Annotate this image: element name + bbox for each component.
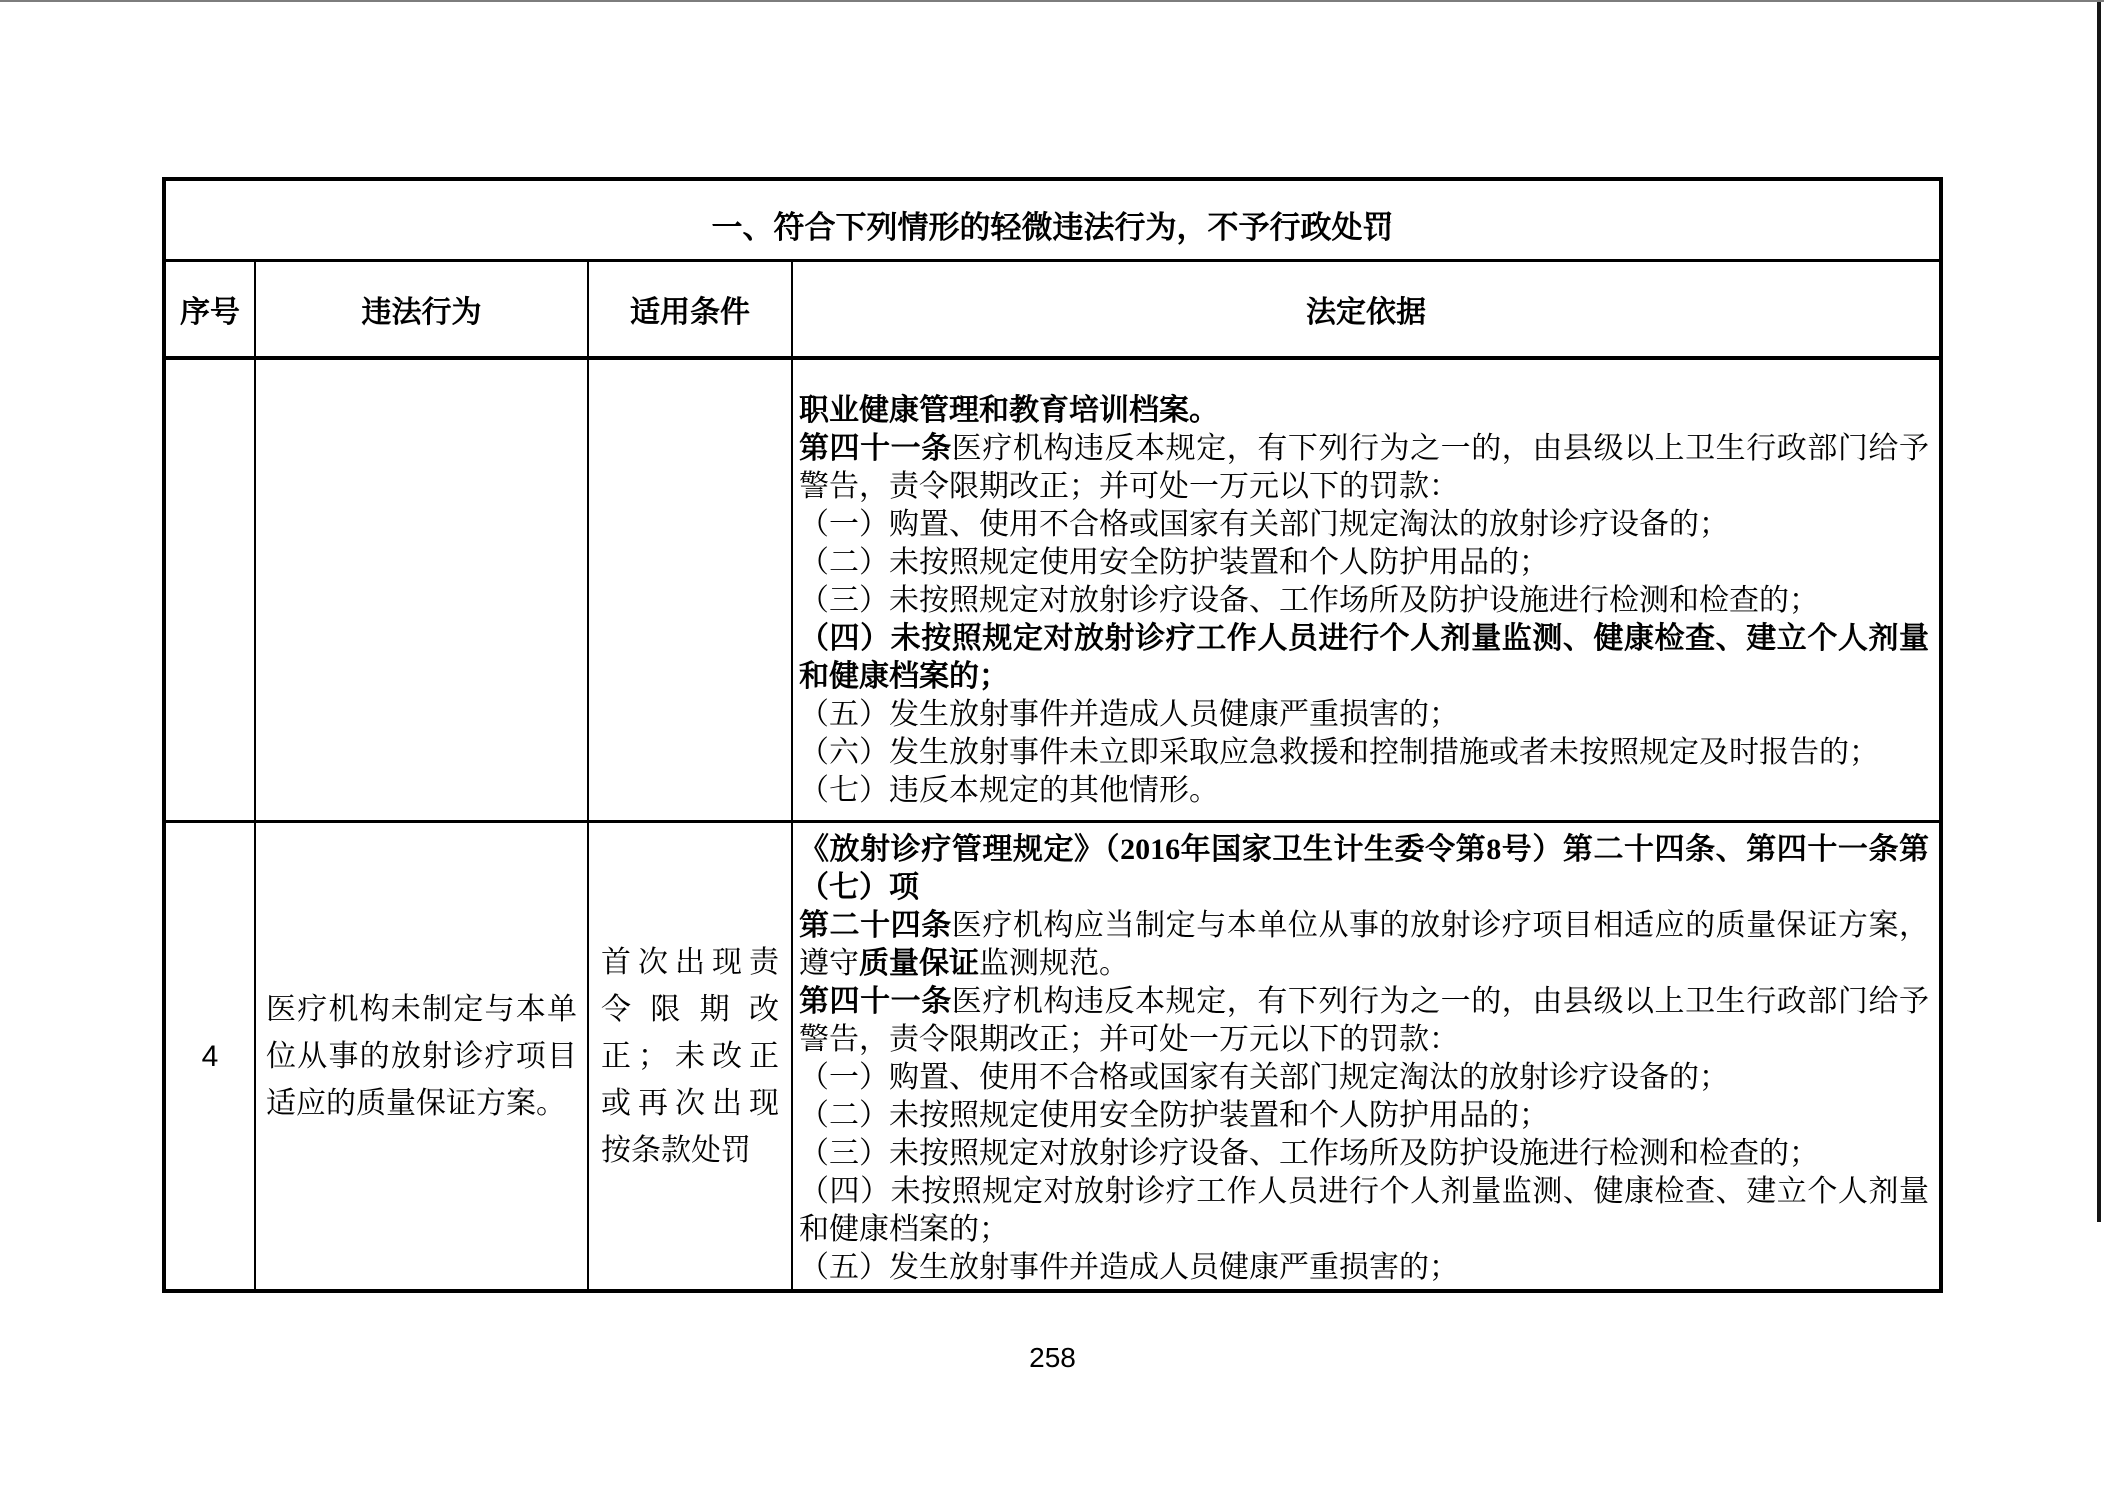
- table-header-row: 序号 违法行为 适用条件 法定依据: [166, 262, 1939, 360]
- cell-seq: [166, 360, 256, 820]
- cell-seq: 4: [166, 823, 256, 1289]
- column-header-seq: 序号: [166, 262, 256, 356]
- document-page: 一、符合下列情形的轻微违法行为，不予行政处罚 序号 违法行为 适用条件 法定依据…: [0, 0, 2104, 1488]
- column-header-legal-basis: 法定依据: [793, 262, 1939, 356]
- table-row-4: 4 医疗机构未制定与本单位从事的放射诊疗项目适应的质量保证方案。 首次出现责令限…: [166, 823, 1939, 1289]
- cell-violation: 医疗机构未制定与本单位从事的放射诊疗项目适应的质量保证方案。: [256, 823, 589, 1289]
- table-row-continuation: 职业健康管理和教育培训档案。第四十一条医疗机构违反本规定，有下列行为之一的，由县…: [166, 360, 1939, 823]
- cell-legal-basis: 职业健康管理和教育培训档案。第四十一条医疗机构违反本规定，有下列行为之一的，由县…: [793, 360, 1939, 820]
- scan-edge-top-line: [0, 0, 2104, 2]
- column-header-condition: 适用条件: [589, 262, 793, 356]
- page-number: 258: [162, 1342, 1943, 1374]
- cell-condition: [589, 360, 793, 820]
- table-section-title: 一、符合下列情形的轻微违法行为，不予行政处罚: [166, 181, 1939, 262]
- cell-violation: [256, 360, 589, 820]
- regulation-table: 一、符合下列情形的轻微违法行为，不予行政处罚 序号 违法行为 适用条件 法定依据…: [162, 177, 1943, 1293]
- cell-legal-basis: 《放射诊疗管理规定》（2016年国家卫生计生委令第8号）第二十四条、第四十一条第…: [793, 823, 1939, 1289]
- cell-condition: 首次出现责令限期改正；未改正或再次出现按条款处罚: [589, 823, 793, 1289]
- column-header-violation: 违法行为: [256, 262, 589, 356]
- scan-edge-right-line: [2097, 2, 2101, 1222]
